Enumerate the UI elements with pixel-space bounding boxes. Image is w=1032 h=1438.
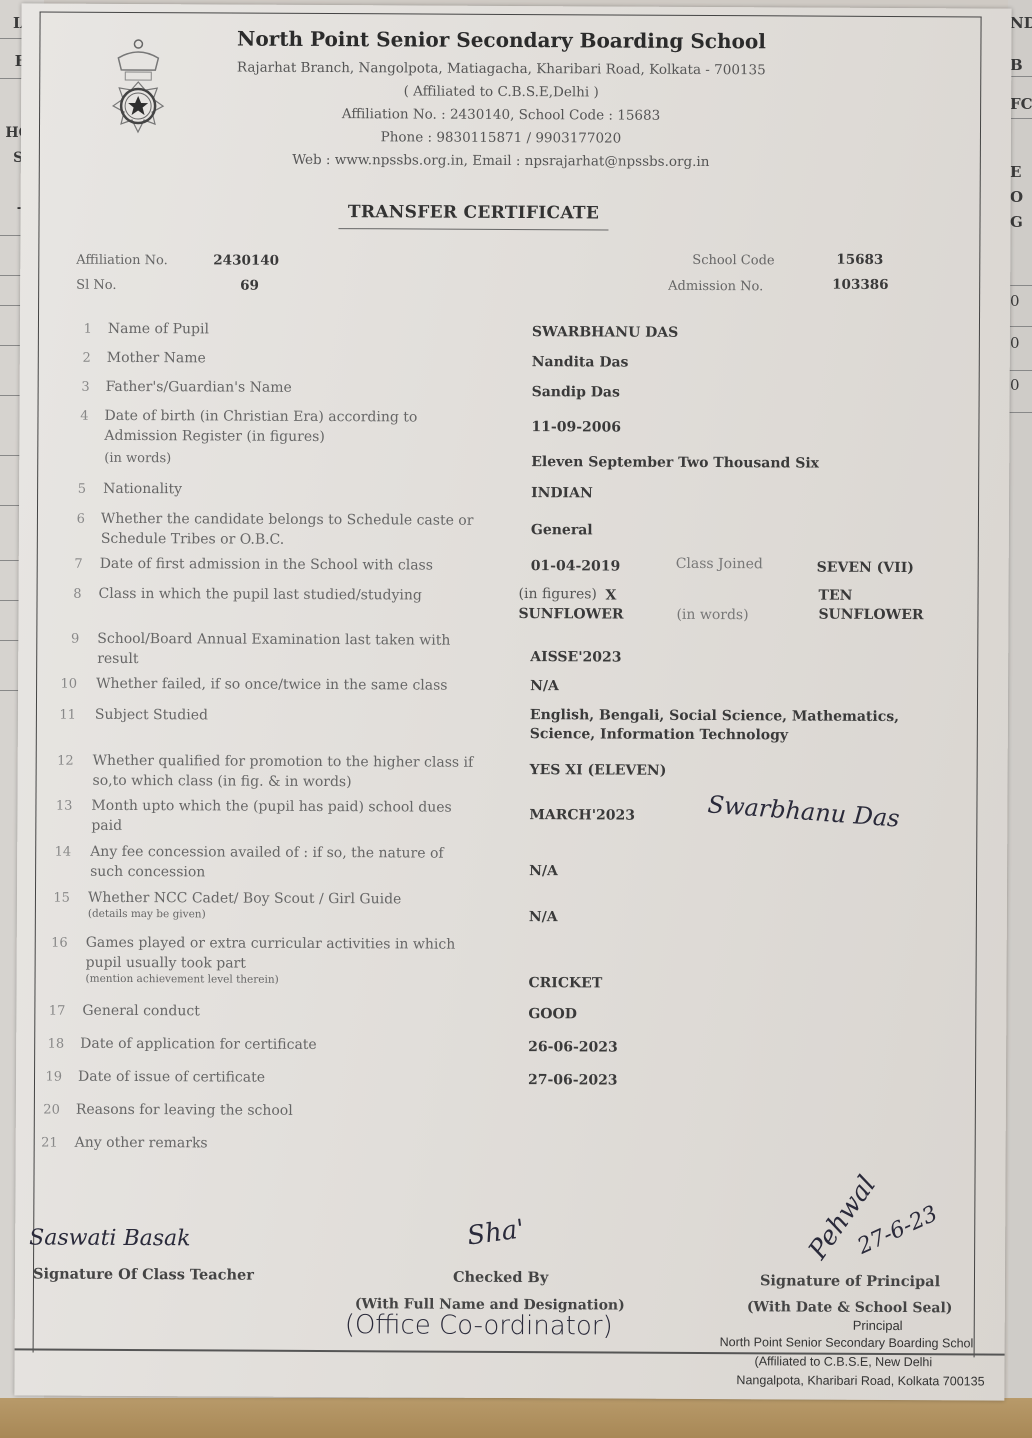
school-codes: Affiliation No. : 2430140, School Code :… <box>191 105 811 124</box>
school-code-label: School Code <box>692 253 774 268</box>
row-label: Date of issue of certificate <box>78 1067 478 1089</box>
row-label: Mother Name <box>107 348 507 370</box>
bg-text: 0 <box>1010 376 1020 394</box>
row-label-text: Games played or extra curricular activit… <box>86 935 456 972</box>
first-admission-date: 01-04-2019 <box>531 557 621 576</box>
row-label: Any other remarks <box>75 1133 475 1155</box>
transfer-certificate-document: North Point Senior Secondary Boarding Sc… <box>14 3 1011 1400</box>
row-label: Subject Studied <box>95 705 495 727</box>
row-label: Month upto which the (pupil has paid) sc… <box>91 796 481 838</box>
row-number: 8 <box>62 587 82 602</box>
row-number: 17 <box>45 1004 65 1019</box>
in-words-label: (in words) <box>676 607 748 623</box>
teacher-signature: Saswati Basak <box>29 1225 190 1251</box>
divider <box>1008 326 1032 327</box>
divider <box>1008 412 1032 413</box>
principal-sub: (With Date & School Seal) <box>747 1299 953 1316</box>
row-number: 9 <box>59 632 79 647</box>
bg-text: E <box>1010 163 1021 181</box>
row-number: 11 <box>56 708 76 723</box>
row-label: School/Board Annual Examination last tak… <box>97 629 487 671</box>
category: General <box>531 521 593 540</box>
row-number: 16 <box>48 936 68 951</box>
admission-label: Admission No. <box>668 279 763 294</box>
row-label: Class in which the pupil last studied/st… <box>99 584 499 606</box>
sl-label: Sl No. <box>76 278 116 293</box>
row-number: 20 <box>40 1103 60 1118</box>
document-title: TRANSFER CERTIFICATE <box>338 202 608 230</box>
row-label: General conduct <box>82 1001 482 1023</box>
pupil-name: SWARBHANU DAS <box>532 323 678 343</box>
divider <box>1008 285 1032 286</box>
bg-text: 0 <box>1010 334 1020 352</box>
subjects-studied: English, Bengali, Social Science, Mathem… <box>530 706 930 746</box>
admission-value: 103386 <box>832 277 888 293</box>
principal-signature-label: Signature of Principal <box>760 1272 940 1290</box>
seal-line: Principal <box>853 1318 903 1333</box>
row-number: 21 <box>38 1136 58 1151</box>
last-class-words-section: SUNFLOWER <box>818 606 923 626</box>
row-label: Whether failed, if so once/twice in the … <box>96 674 496 696</box>
row-sub-label: (in words) <box>104 449 504 471</box>
in-figures-label: (in figures) <box>519 586 597 602</box>
last-exam: AISSE'2023 <box>530 648 621 667</box>
seal-line: North Point Senior Secondary Boarding Sc… <box>720 1335 974 1350</box>
row-number: 6 <box>65 512 85 527</box>
affiliation-label: Affiliation No. <box>76 253 168 268</box>
teacher-signature-label: Signature Of Class Teacher <box>33 1265 254 1283</box>
checked-by-label: Checked By <box>453 1269 548 1286</box>
seal-line: Nangalpota, Kharibari Road, Kolkata 7001… <box>736 1373 984 1388</box>
last-class-section: SUNFLOWER <box>518 605 623 625</box>
seal-line: (Affiliated to C.B.S.E, New Delhi <box>755 1354 933 1369</box>
row-label-note: (mention achievement level therein) <box>86 973 486 988</box>
row-number: 4 <box>68 409 88 424</box>
issue-date: 27-06-2023 <box>528 1071 618 1090</box>
bg-text: ND <box>1010 14 1032 32</box>
row-label: Father's/Guardian's Name <box>106 377 506 399</box>
row-label: Name of Pupil <box>108 319 508 341</box>
row-number: 12 <box>54 754 74 769</box>
bg-text: FC <box>1010 95 1032 113</box>
dues-paid-month: MARCH'2023 <box>529 806 635 826</box>
ncc-scout: N/A <box>529 908 558 927</box>
row-number: 3 <box>70 380 90 395</box>
divider <box>1008 370 1032 371</box>
nationality: INDIAN <box>531 484 593 503</box>
fee-concession: N/A <box>529 862 558 881</box>
school-seal-stamp: Principal North Point Senior Secondary B… <box>22 3 1012 8</box>
mother-name: Nandita Das <box>532 353 629 373</box>
sl-value: 69 <box>240 278 259 294</box>
checked-by-sub: (With Full Name and Designation) <box>355 1296 625 1313</box>
row-label-note: (details may be given) <box>88 908 488 923</box>
row-number: 1 <box>72 322 92 337</box>
school-name: North Point Senior Secondary Boarding Sc… <box>191 26 811 53</box>
row-label: Date of first admission in the School wi… <box>100 554 500 576</box>
star-crest-icon <box>103 36 174 136</box>
row-number: 19 <box>42 1070 62 1085</box>
school-phone: Phone : 9830115871 / 9903177020 <box>191 128 811 147</box>
row-label: Whether the candidate belongs to Schedul… <box>101 509 501 551</box>
father-name: Sandip Das <box>532 383 620 402</box>
row-label: Whether qualified for promotion to the h… <box>93 751 483 793</box>
affiliation-value: 2430140 <box>213 252 279 268</box>
checker-designation: (Office Co-ordinator) <box>345 1310 613 1341</box>
row-label: Any fee concession availed of : if so, t… <box>90 842 480 884</box>
row-number: 2 <box>71 351 91 366</box>
general-conduct: GOOD <box>528 1005 577 1024</box>
row-number: 10 <box>57 677 77 692</box>
desk-surface <box>0 1398 1032 1438</box>
row-label: Reasons for leaving the school <box>76 1100 476 1122</box>
row-label: Nationality <box>103 479 503 501</box>
row-number: 5 <box>66 482 86 497</box>
divider <box>1008 118 1032 119</box>
bg-text: 0 <box>1010 292 1020 310</box>
row-label: Whether NCC Cadet/ Boy Scout / Girl Guid… <box>88 888 488 923</box>
school-address: Rajarhat Branch, Nangolpota, Matiagacha,… <box>191 59 811 78</box>
class-joined-label: Class Joined <box>676 556 763 572</box>
dob-figures: 11-09-2006 <box>531 418 621 437</box>
row-number: 13 <box>52 799 72 814</box>
extra-curricular: CRICKET <box>528 974 602 993</box>
row-label-text: Whether NCC Cadet/ Boy Scout / Girl Guid… <box>88 890 401 908</box>
promotion-status: YES XI (ELEVEN) <box>530 761 667 781</box>
class-joined-value: SEVEN (VII) <box>817 559 914 579</box>
failed-status: N/A <box>530 677 559 696</box>
row-number: 7 <box>63 557 83 572</box>
row-label: Date of application for certificate <box>80 1034 480 1056</box>
bg-text: O <box>1010 188 1023 206</box>
school-code-value: 15683 <box>836 252 883 268</box>
last-class-figures: X <box>606 586 617 605</box>
dob-words: Eleven September Two Thousand Six <box>531 453 819 474</box>
row-label: Date of birth (in Christian Era) accordi… <box>104 406 444 448</box>
row-number: 18 <box>44 1037 64 1052</box>
bg-text: B <box>1010 56 1023 74</box>
divider <box>1008 76 1032 77</box>
row-number: 14 <box>51 845 71 860</box>
application-date: 26-06-2023 <box>528 1038 618 1057</box>
last-class-words: TEN <box>819 587 853 606</box>
bg-text: G <box>1010 213 1023 231</box>
school-web-email: Web : www.npssbs.org.in, Email : npsraja… <box>191 151 811 170</box>
school-affiliation: ( Affiliated to C.B.S.E,Delhi ) <box>191 82 811 101</box>
background-sheet-right: ND B FC E O G 0 0 0 <box>1008 0 1032 1400</box>
row-number: 15 <box>50 891 70 906</box>
row-label: Games played or extra curricular activit… <box>86 933 486 988</box>
